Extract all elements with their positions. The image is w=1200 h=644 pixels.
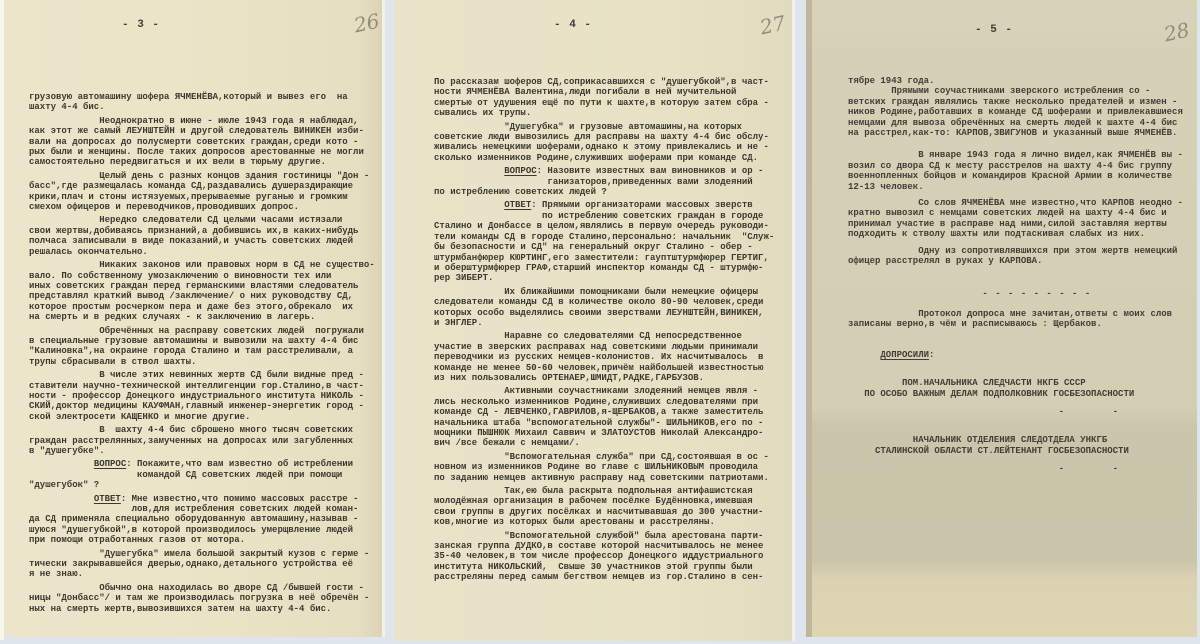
paragraph-text: Активными соучастниками злодеяний немцев…	[434, 386, 763, 448]
typed-paragraph: - - - - - - - - -	[848, 289, 1200, 299]
paragraph-text: ПОМ.НАЧАЛЬНИКА СЛЕДЧАСТИ НКГБ СССР ПО ОС…	[848, 378, 1134, 398]
indent	[434, 200, 504, 210]
typed-paragraph: Обычно она находилась во дворе СД /бывше…	[29, 583, 385, 614]
typed-paragraph: "Вспомогательной службой" была арестован…	[434, 531, 792, 583]
typed-paragraph: По рассказам шоферов СД,соприкасавшихся …	[434, 77, 792, 119]
indent	[29, 494, 94, 504]
typed-paragraph: "Душегубка" и грузовые автомашины,на кот…	[434, 122, 792, 164]
paragraph-text: : Прямыми организаторами массовых зверст…	[434, 200, 774, 283]
paragraph-text: Неоднократно в июне - июле 1943 года я н…	[29, 116, 364, 168]
paragraph-text: - - - - - - - - -	[848, 289, 1091, 299]
typed-paragraph: Одну из сопротивлявшихся при этом жертв …	[848, 246, 1200, 267]
typed-paragraph: - -	[848, 464, 1200, 474]
underlined-label: ВОПРОС	[504, 166, 536, 176]
paragraph-text: НАЧАЛЬНИК ОТДЕЛЕНИЯ СЛЕДОТДЕЛА УНКГБ СТА…	[848, 435, 1129, 455]
indent	[848, 350, 880, 360]
paragraph-text: В числе этих невинных жертв СД были видн…	[29, 370, 364, 422]
document-page-4: - 4 - 27 По рассказам шоферов СД,соприка…	[394, 0, 795, 641]
underlined-label: ВОПРОС	[94, 459, 126, 469]
typed-paragraph: В январе 1943 года я лично видел,как ЯЧМ…	[848, 150, 1200, 192]
handwritten-folio-number: 28	[1162, 20, 1191, 45]
handwritten-folio-number: 27	[758, 13, 787, 38]
typed-paragraph: - -	[848, 407, 1200, 417]
paragraph-text: Нередко следователи СД целыми часами ист…	[29, 215, 358, 256]
typed-paragraph: Обречённых на расправу советских людей п…	[29, 326, 385, 368]
paragraph-text: - -	[848, 464, 1118, 474]
qa-paragraph: ОТВЕТ: Мне известно,что помимо массовых …	[29, 494, 385, 546]
typed-paragraph: Никаких законов или правовых норм в СД н…	[29, 260, 385, 322]
paragraph-text: "Вспомогательная служба" при СД,состоявш…	[434, 452, 769, 483]
handwritten-folio-number: 26	[352, 11, 381, 36]
paragraph-text: "Душегубка" и грузовые автомашины,на кот…	[434, 122, 769, 163]
paragraph-text: Наравне со следователями СД непосредстве…	[434, 331, 763, 383]
typed-paragraph: Прямыми соучастниками зверского истребле…	[848, 86, 1200, 138]
paragraph-text: тябре 1943 года.	[848, 76, 934, 86]
paragraph-text: Одну из сопротивлявшихся при этом жертв …	[848, 246, 1177, 266]
typed-paragraph: Неоднократно в июне - июле 1943 года я н…	[29, 116, 385, 168]
paragraph-text: В январе 1943 года я лично видел,как ЯЧМ…	[848, 150, 1183, 191]
qa-paragraph: ДОПРОСИЛИ:	[848, 350, 1200, 360]
typed-paragraph: Наравне со следователями СД непосредстве…	[434, 331, 792, 383]
typed-text-block: тябре 1943 года. Прямыми соучастниками з…	[848, 76, 1200, 481]
page-number: - 3 -	[122, 19, 160, 31]
paragraph-text: Со слов ЯЧМЕНЁВА мне известно,что КАРПОВ…	[848, 198, 1183, 239]
paragraph-text: Так,ею была раскрыта подпольная антифаши…	[434, 486, 763, 527]
paragraph-text: "Душегубка" имела большой закрытый кузов…	[29, 549, 369, 580]
typed-paragraph: "Вспомогательная служба" при СД,состоявш…	[434, 452, 792, 483]
qa-paragraph: ВОПРОС: Назовите известных вам виновнико…	[434, 166, 792, 197]
typed-paragraph: Их ближайшими помощниками были немецкие …	[434, 287, 792, 329]
typed-paragraph: Со слов ЯЧМЕНЁВА мне известно,что КАРПОВ…	[848, 198, 1200, 240]
page-number: - 4 -	[554, 19, 592, 31]
typed-paragraph: В шахту 4-4 бис сброшено много тысяч сов…	[29, 425, 385, 456]
paragraph-text: Прямыми соучастниками зверского истребле…	[848, 86, 1183, 138]
typed-paragraph: ПОМ.НАЧАЛЬНИКА СЛЕДЧАСТИ НКГБ СССР ПО ОС…	[848, 378, 1200, 399]
typed-paragraph: тябре 1943 года.	[848, 76, 1200, 86]
typed-paragraph: "Душегубка" имела большой закрытый кузов…	[29, 549, 385, 580]
typed-paragraph: Протокол допроса мне зачитан,ответы с мо…	[848, 309, 1200, 330]
paragraph-text: Их ближайшими помощниками были немецкие …	[434, 287, 763, 328]
paragraph-text: Никаких законов или правовых норм в СД н…	[29, 260, 375, 322]
paragraph-text: "Вспомогательной службой" была арестован…	[434, 531, 763, 583]
typed-paragraph: НАЧАЛЬНИК ОТДЕЛЕНИЯ СЛЕДОТДЕЛА УНКГБ СТА…	[848, 435, 1200, 456]
indent	[434, 166, 504, 176]
paragraph-text: - -	[848, 407, 1118, 417]
typed-paragraph: В числе этих невинных жертв СД были видн…	[29, 370, 385, 422]
qa-paragraph: ОТВЕТ: Прямыми организаторами массовых з…	[434, 200, 792, 283]
typed-text-block: грузовую автомашину шофера ЯЧМЕНЁВА,кото…	[29, 92, 385, 617]
typed-text-block: По рассказам шоферов СД,соприкасавшихся …	[434, 77, 792, 586]
underlined-label: ОТВЕТ	[94, 494, 121, 504]
typed-paragraph: Целый день с разных концов здания гостин…	[29, 171, 385, 213]
typed-paragraph: Активными соучастниками злодеяний немцев…	[434, 386, 792, 448]
paragraph-text: грузовую автомашину шофера ЯЧМЕНЁВА,кото…	[29, 92, 348, 112]
paragraph-text: :	[929, 350, 934, 360]
document-page-5: - 5 - 28 тябре 1943 года. Прямыми соучас…	[806, 0, 1197, 637]
underlined-label: ДОПРОСИЛИ	[880, 350, 929, 360]
paragraph-text: Протокол допроса мне зачитан,ответы с мо…	[848, 309, 1172, 329]
paragraph-text: Обречённых на расправу советских людей п…	[29, 326, 364, 367]
typed-paragraph: грузовую автомашину шофера ЯЧМЕНЁВА,кото…	[29, 92, 385, 113]
typed-paragraph: Нередко следователи СД целыми часами ист…	[29, 215, 385, 257]
paragraph-text: Обычно она находилась во дворе СД /бывше…	[29, 583, 369, 614]
paragraph-text: По рассказам шоферов СД,соприкасавшихся …	[434, 77, 769, 118]
qa-paragraph: ВОПРОС: Покажите,что вам известно об ист…	[29, 459, 385, 490]
typed-paragraph: Так,ею была раскрыта подпольная антифаши…	[434, 486, 792, 528]
underlined-label: ОТВЕТ	[504, 200, 531, 210]
paragraph-text: В шахту 4-4 бис сброшено много тысяч сов…	[29, 425, 353, 456]
paragraph-text: Целый день с разных концов здания гостин…	[29, 171, 369, 212]
indent	[29, 459, 94, 469]
document-page-3: - 3 - 26 грузовую автомашину шофера ЯЧМЕ…	[4, 0, 385, 637]
page-number: - 5 -	[975, 24, 1013, 36]
